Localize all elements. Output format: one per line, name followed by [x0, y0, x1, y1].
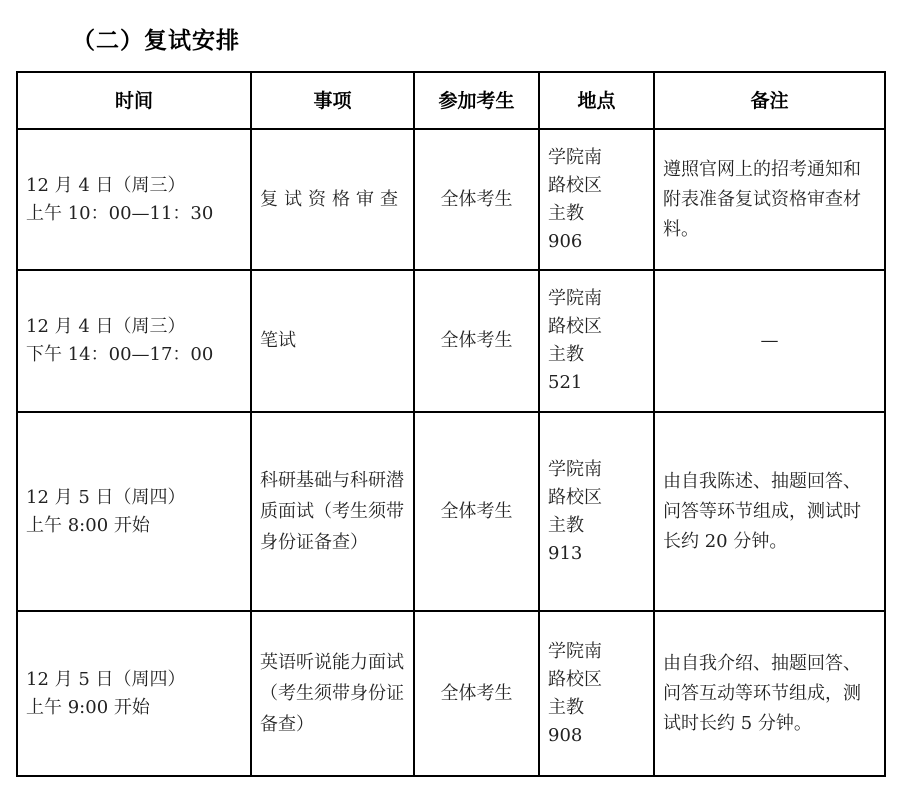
participants-cell: 全体考生	[414, 412, 539, 611]
note-cell: 由自我介绍、抽题回答、问答互动等环节组成，测试时长约 5 分钟。	[654, 611, 885, 776]
location-line: 学院南	[548, 456, 645, 484]
time-cell: 12 月 5 日（周四） 上午 8:00 开始	[17, 412, 251, 611]
time-date: 12 月 4 日（周三）	[26, 172, 242, 200]
time-range: 上午 10：00—11：30	[26, 200, 242, 228]
location-room: 521	[548, 369, 645, 397]
table-row: 12 月 4 日（周三） 下午 14：00—17：00 笔试 全体考生 学院南 …	[17, 270, 885, 412]
location-cell: 学院南 路校区 主教 906	[539, 129, 654, 270]
time-cell: 12 月 4 日（周三） 下午 14：00—17：00	[17, 270, 251, 412]
location-line: 路校区	[548, 666, 645, 694]
location-line: 路校区	[548, 484, 645, 512]
time-date: 12 月 4 日（周三）	[26, 313, 242, 341]
location-cell: 学院南 路校区 主教 913	[539, 412, 654, 611]
table-row: 12 月 5 日（周四） 上午 8:00 开始 科研基础与科研潜质面试（考生须带…	[17, 412, 885, 611]
participants-cell: 全体考生	[414, 129, 539, 270]
column-header-time: 时间	[17, 72, 251, 129]
location-cell: 学院南 路校区 主教 908	[539, 611, 654, 776]
location-room: 906	[548, 228, 645, 256]
column-header-location: 地点	[539, 72, 654, 129]
time-range: 上午 8:00 开始	[26, 512, 242, 540]
table-row: 12 月 5 日（周四） 上午 9:00 开始 英语听说能力面试（考生须带身份证…	[17, 611, 885, 776]
location-room: 913	[548, 540, 645, 568]
section-title: （二）复试安排	[72, 22, 240, 55]
location-cell: 学院南 路校区 主教 521	[539, 270, 654, 412]
location-line: 主教	[548, 512, 645, 540]
schedule-table: 时间 事项 参加考生 地点 备注 12 月 4 日（周三） 上午 10：00—1…	[16, 71, 886, 777]
column-header-item: 事项	[251, 72, 414, 129]
note-cell: —	[654, 270, 885, 412]
location-line: 主教	[548, 341, 645, 369]
time-range: 下午 14：00—17：00	[26, 341, 242, 369]
location-line: 路校区	[548, 313, 645, 341]
participants-cell: 全体考生	[414, 270, 539, 412]
location-line: 主教	[548, 694, 645, 722]
location-line: 路校区	[548, 172, 645, 200]
location-room: 908	[548, 722, 645, 750]
note-cell: 由自我陈述、抽题回答、问答等环节组成，测试时长约 20 分钟。	[654, 412, 885, 611]
participants-cell: 全体考生	[414, 611, 539, 776]
time-range: 上午 9:00 开始	[26, 694, 242, 722]
location-line: 学院南	[548, 638, 645, 666]
table-header-row: 时间 事项 参加考生 地点 备注	[17, 72, 885, 129]
location-line: 主教	[548, 200, 645, 228]
time-date: 12 月 5 日（周四）	[26, 484, 242, 512]
location-line: 学院南	[548, 285, 645, 313]
item-cell: 复试资格审查	[251, 129, 414, 270]
item-cell: 英语听说能力面试（考生须带身份证备查）	[251, 611, 414, 776]
time-cell: 12 月 5 日（周四） 上午 9:00 开始	[17, 611, 251, 776]
item-cell: 笔试	[251, 270, 414, 412]
item-cell: 科研基础与科研潜质面试（考生须带身份证备查）	[251, 412, 414, 611]
time-date: 12 月 5 日（周四）	[26, 666, 242, 694]
column-header-notes: 备注	[654, 72, 885, 129]
column-header-participants: 参加考生	[414, 72, 539, 129]
location-line: 学院南	[548, 144, 645, 172]
time-cell: 12 月 4 日（周三） 上午 10：00—11：30	[17, 129, 251, 270]
note-cell: 遵照官网上的招考通知和附表准备复试资格审查材料。	[654, 129, 885, 270]
table-row: 12 月 4 日（周三） 上午 10：00—11：30 复试资格审查 全体考生 …	[17, 129, 885, 270]
